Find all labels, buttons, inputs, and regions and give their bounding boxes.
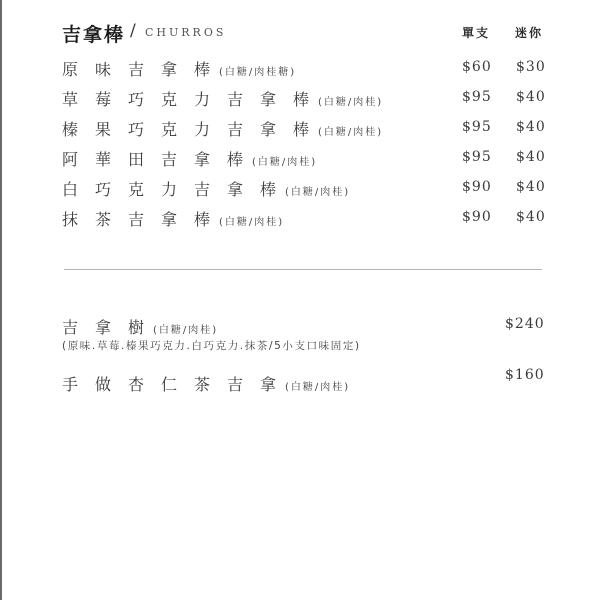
menu-item: 原味吉拿棒(白糖/肉桂糖) $60 $30 xyxy=(62,57,552,83)
item-name: 白巧克力吉拿棒 xyxy=(62,180,293,199)
price-mini: $40 xyxy=(516,179,546,195)
section-title-zh: 吉拿棒 xyxy=(62,20,125,47)
price-single: $60 xyxy=(462,59,492,75)
column-header-mini: 迷你 xyxy=(515,24,543,41)
price-single: $90 xyxy=(462,209,492,225)
price-mini: $40 xyxy=(516,149,546,165)
menu-item: 抹茶吉拿棒(白糖/肉桂) $90 $40 xyxy=(62,207,552,233)
item-description: (原味.草莓.榛果巧克力.白巧克力.抹茶/5小支口味固定) xyxy=(62,338,361,353)
item-price: $240 xyxy=(505,316,545,332)
item-note: (白糖/肉桂) xyxy=(153,325,218,336)
menu-header: 吉拿棒 / CHURROS 單支 迷你 xyxy=(62,20,552,48)
item-name: 抹茶吉拿棒 xyxy=(62,210,227,229)
price-single: $95 xyxy=(462,89,492,105)
item-price: $160 xyxy=(505,367,545,383)
menu-item: 榛果巧克力吉拿棒(白糖/肉桂) $95 $40 xyxy=(62,117,552,143)
item-note: (白糖/肉桂) xyxy=(318,127,383,138)
item-name: 阿華田吉拿棒 xyxy=(62,150,260,169)
price-mini: $40 xyxy=(516,89,546,105)
item-name: 草莓巧克力吉拿棒 xyxy=(62,90,326,109)
item-note: (白糖/肉桂糖) xyxy=(219,67,296,78)
item-name: 榛果巧克力吉拿棒 xyxy=(62,120,326,139)
price-mini: $40 xyxy=(516,119,546,135)
price-single: $95 xyxy=(462,119,492,135)
item-note: (白糖/肉桂) xyxy=(285,187,350,198)
menu-item: 草莓巧克力吉拿棒(白糖/肉桂) $95 $40 xyxy=(62,87,552,113)
column-header-single: 單支 xyxy=(462,24,490,41)
price-single: $95 xyxy=(462,149,492,165)
item-name: 吉拿樹 xyxy=(62,318,161,337)
item-name: 手做杏仁茶吉拿 xyxy=(62,375,293,394)
item-note: (白糖/肉桂) xyxy=(285,382,350,393)
special-item: 手做杏仁茶吉拿(白糖/肉桂) $160 xyxy=(62,372,552,398)
price-mini: $30 xyxy=(516,59,546,75)
churros-menu: 吉拿棒 / CHURROS 單支 迷你 原味吉拿棒(白糖/肉桂糖) $60 $3… xyxy=(2,0,600,600)
title-separator: / xyxy=(130,21,136,41)
section-divider xyxy=(64,269,542,270)
price-single: $90 xyxy=(462,179,492,195)
item-note: (白糖/肉桂) xyxy=(318,97,383,108)
item-name: 原味吉拿棒 xyxy=(62,60,227,79)
item-note: (白糖/肉桂) xyxy=(252,157,317,168)
item-note: (白糖/肉桂) xyxy=(219,217,284,228)
section-title-en: CHURROS xyxy=(145,26,226,39)
price-mini: $40 xyxy=(516,209,546,225)
menu-item: 阿華田吉拿棒(白糖/肉桂) $95 $40 xyxy=(62,147,552,173)
special-item: 吉拿樹(白糖/肉桂) (原味.草莓.榛果巧克力.白巧克力.抹茶/5小支口味固定)… xyxy=(62,315,552,355)
menu-item: 白巧克力吉拿棒(白糖/肉桂) $90 $40 xyxy=(62,177,552,203)
